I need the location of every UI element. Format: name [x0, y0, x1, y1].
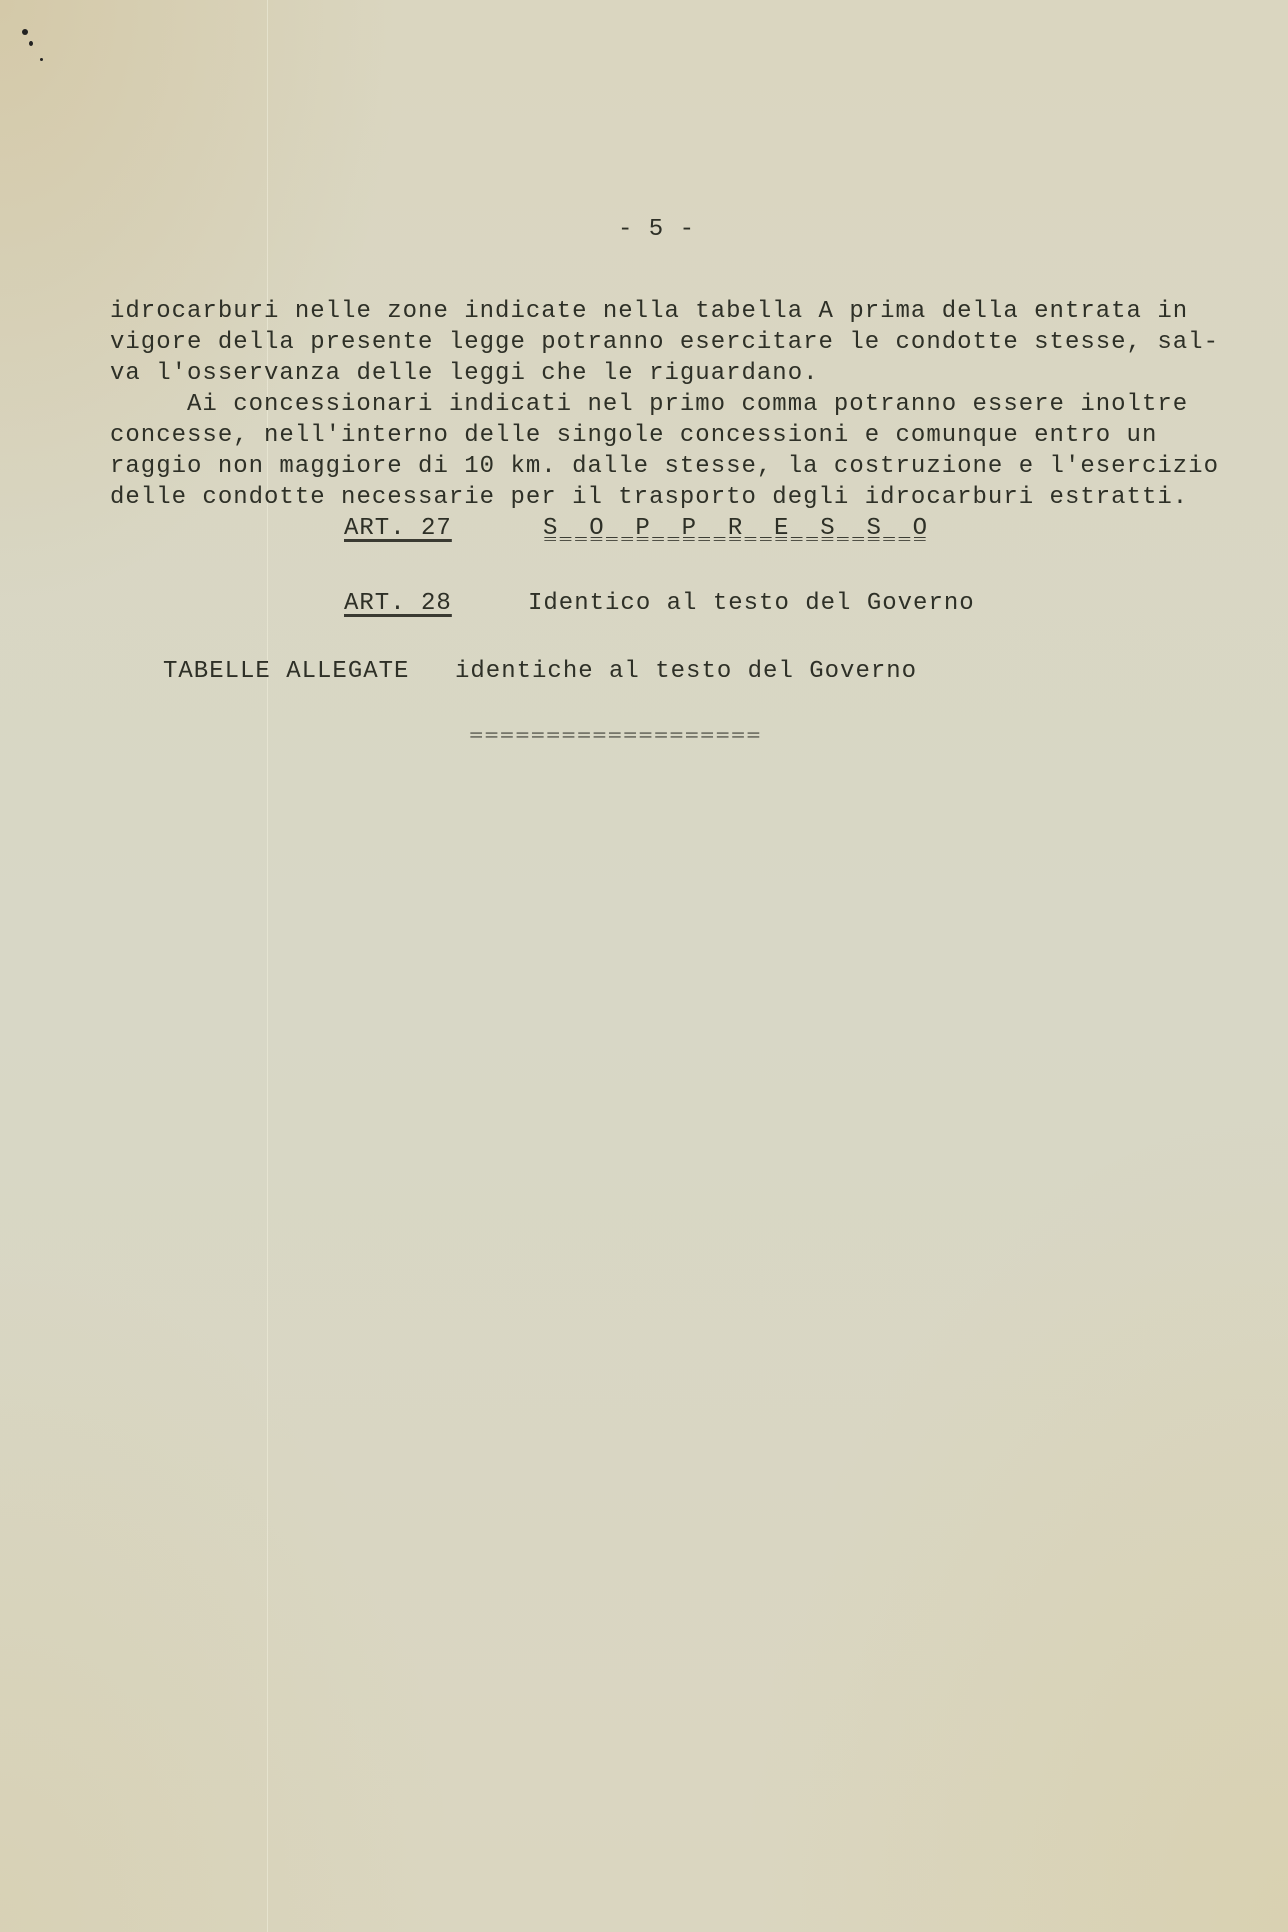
- attachments-status: identiche al testo del Governo: [455, 657, 917, 687]
- body-line-4-paragraph-start: Ai concessionari indicati nel primo comm…: [187, 390, 1188, 420]
- article-28-status: Identico al testo del Governo: [528, 589, 975, 619]
- page-number: - 5 -: [618, 215, 695, 245]
- end-of-document-rule: ===================: [469, 728, 762, 746]
- body-line-3: va l'osservanza delle leggi che le rigua…: [110, 359, 819, 389]
- body-line-5: concesse, nell'interno delle singole con…: [110, 421, 1157, 451]
- body-line-1: idrocarburi nelle zone indicate nella ta…: [110, 297, 1188, 327]
- typewritten-page: - 5 - idrocarburi nelle zone indicate ne…: [0, 0, 1288, 1932]
- attachments-label: TABELLE ALLEGATE: [163, 657, 409, 687]
- body-line-7: delle condotte necessarie per il traspor…: [110, 483, 1188, 513]
- paper-fold-line: [267, 0, 268, 1932]
- body-line-6: raggio non maggiore di 10 km. dalle stes…: [110, 452, 1219, 482]
- body-line-2: vigore della presente legge potranno ese…: [110, 328, 1219, 358]
- article-28-label: ART. 28: [344, 589, 452, 619]
- article-27-double-underline: =========================: [543, 532, 928, 549]
- article-27-label: ART. 27: [344, 514, 452, 544]
